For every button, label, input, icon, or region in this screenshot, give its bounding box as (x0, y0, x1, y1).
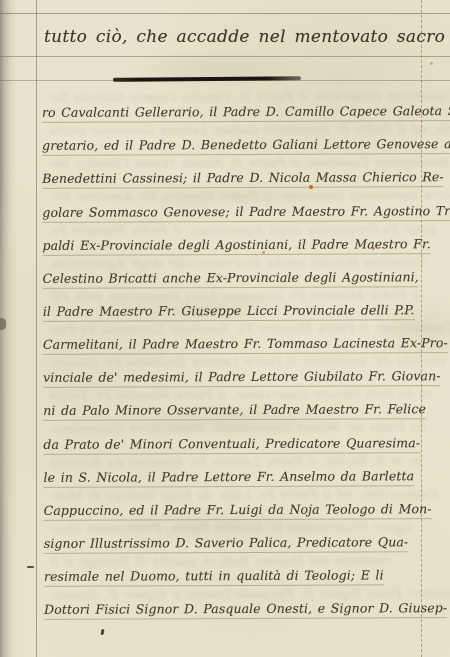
manuscript-line: ni da Palo Minore Osservante, il Padre M… (43, 386, 442, 421)
manuscript-line-text: gretario, ed il Padre D. Benedetto Galia… (42, 136, 450, 156)
heading-baseline-rule (0, 56, 450, 57)
manuscript-line: signor Illustrissimo D. Saverio Palica, … (44, 519, 443, 554)
manuscript-line-text: vinciale de' medesimi, il Padre Lettore … (43, 368, 441, 388)
manuscript-line-text: Benedettini Cassinesi; il Padre D. Nicol… (42, 170, 444, 190)
showthrough-text: Benedettini Cassinesi; il Padre D. Nicol… (48, 154, 449, 171)
manuscript-line-text: da Prato de' Minori Conventuali, Predica… (43, 435, 420, 455)
showthrough-text: golare Sommasco Genovese; il Padre Maest… (48, 187, 450, 204)
showthrough-text: vinciale de' medesimi, il Padre Lettore … (49, 353, 447, 370)
showthrough-text: Celestino Bricatti anche Ex-Provinciale … (49, 254, 425, 271)
showthrough-text: paldi Ex-Provinciale degli Agostiniani, … (48, 221, 436, 238)
top-ruled-line (0, 13, 450, 14)
manuscript-line-text: ni da Palo Minore Osservante, il Padre M… (43, 402, 426, 422)
manuscript-line-text: ro Cavalcanti Gellerario, il Padre D. Ca… (42, 103, 450, 123)
showthrough-text: ro Cavalcanti Gellerario, il Padre D. Ca… (48, 88, 450, 105)
manuscript-line: ro Cavalcanti Gellerario, il Padre D. Ca… (42, 88, 441, 123)
showthrough-text: le in S. Nicola, il Padre Lettore Fr. An… (49, 453, 420, 470)
manuscript-line-text: signor Illustrissimo D. Saverio Palica, … (44, 534, 408, 554)
manuscript-line-text: paldi Ex-Provinciale degli Agostiniani, … (42, 236, 430, 256)
page-edge-nick (0, 318, 6, 330)
paper-speck (27, 566, 34, 568)
showthrough-text: Dottori Fisici Signor D. Pasquale Onesti… (50, 585, 450, 602)
showthrough-text: Carmelitani, il Padre Maestro Fr. Tommas… (49, 320, 450, 337)
manuscript-line-text: Carmelitani, il Padre Maestro Fr. Tommas… (43, 335, 448, 355)
manuscript-line-text: Cappuccino, ed il Padre Fr. Luigi da Noj… (44, 501, 432, 521)
manuscript-page: tutto ciò, che accadde nel mentovato sac… (0, 0, 450, 657)
manuscript-line: Carmelitani, il Padre Maestro Fr. Tommas… (43, 320, 442, 355)
manuscript-line: Cappuccino, ed il Padre Fr. Luigi da Noj… (44, 486, 443, 521)
manuscript-line: vinciale de' medesimi, il Padre Lettore … (43, 353, 442, 388)
manuscript-line: gretario, ed il Padre D. Benedetto Galia… (42, 121, 441, 156)
manuscript-body: ro Cavalcanti Gellerario, il Padre D. Ca… (42, 88, 443, 620)
page-heading: tutto ciò, che accadde nel mentovato sac… (44, 27, 436, 55)
manuscript-line: il Padre Maestro Fr. Giuseppe Licci Prov… (43, 287, 442, 322)
showthrough-text: da Prato de' Minori Conventuali, Predica… (49, 420, 426, 437)
showthrough-text: signor Illustrissimo D. Saverio Palica, … (50, 519, 414, 536)
manuscript-line-text: resimale nel Duomo, tutti in qualità di … (44, 567, 384, 586)
manuscript-line: da Prato de' Minori Conventuali, Predica… (43, 420, 442, 455)
manuscript-line: Dottori Fisici Signor D. Pasquale Onesti… (44, 585, 443, 620)
showthrough-text: il Padre Maestro Fr. Giuseppe Licci Prov… (49, 287, 421, 304)
manuscript-line-text: Dottori Fisici Signor D. Pasquale Onesti… (44, 600, 447, 620)
manuscript-line: golare Sommasco Genovese; il Padre Maest… (42, 188, 441, 223)
manuscript-line: Benedettini Cassinesi; il Padre D. Nicol… (42, 154, 441, 189)
manuscript-line: le in S. Nicola, il Padre Lettore Fr. An… (43, 453, 442, 488)
showthrough-text: Cappuccino, ed il Padre Fr. Luigi da Noj… (50, 486, 438, 503)
manuscript-line-text: il Padre Maestro Fr. Giuseppe Licci Prov… (43, 302, 415, 322)
showthrough-text: gretario, ed il Padre D. Benedetto Galia… (48, 121, 450, 138)
manuscript-line-text: le in S. Nicola, il Padre Lettore Fr. An… (44, 468, 415, 488)
left-margin-line (36, 0, 37, 657)
manuscript-line-text: Celestino Bricatti anche Ex-Provinciale … (43, 269, 419, 289)
section-divider-stroke (113, 76, 301, 81)
paper-speck (100, 629, 104, 635)
manuscript-line: paldi Ex-Provinciale degli Agostiniani, … (42, 221, 441, 256)
showthrough-text: resimale nel Duomo, tutti in qualità di … (50, 552, 390, 568)
manuscript-line: Celestino Bricatti anche Ex-Provinciale … (43, 254, 442, 289)
manuscript-line: resimale nel Duomo, tutti in qualità di … (44, 552, 443, 587)
showthrough-text: ni da Palo Minore Osservante, il Padre M… (49, 386, 432, 403)
manuscript-line-text: golare Sommasco Genovese; il Padre Maest… (42, 203, 450, 223)
paper-speck (430, 62, 433, 65)
